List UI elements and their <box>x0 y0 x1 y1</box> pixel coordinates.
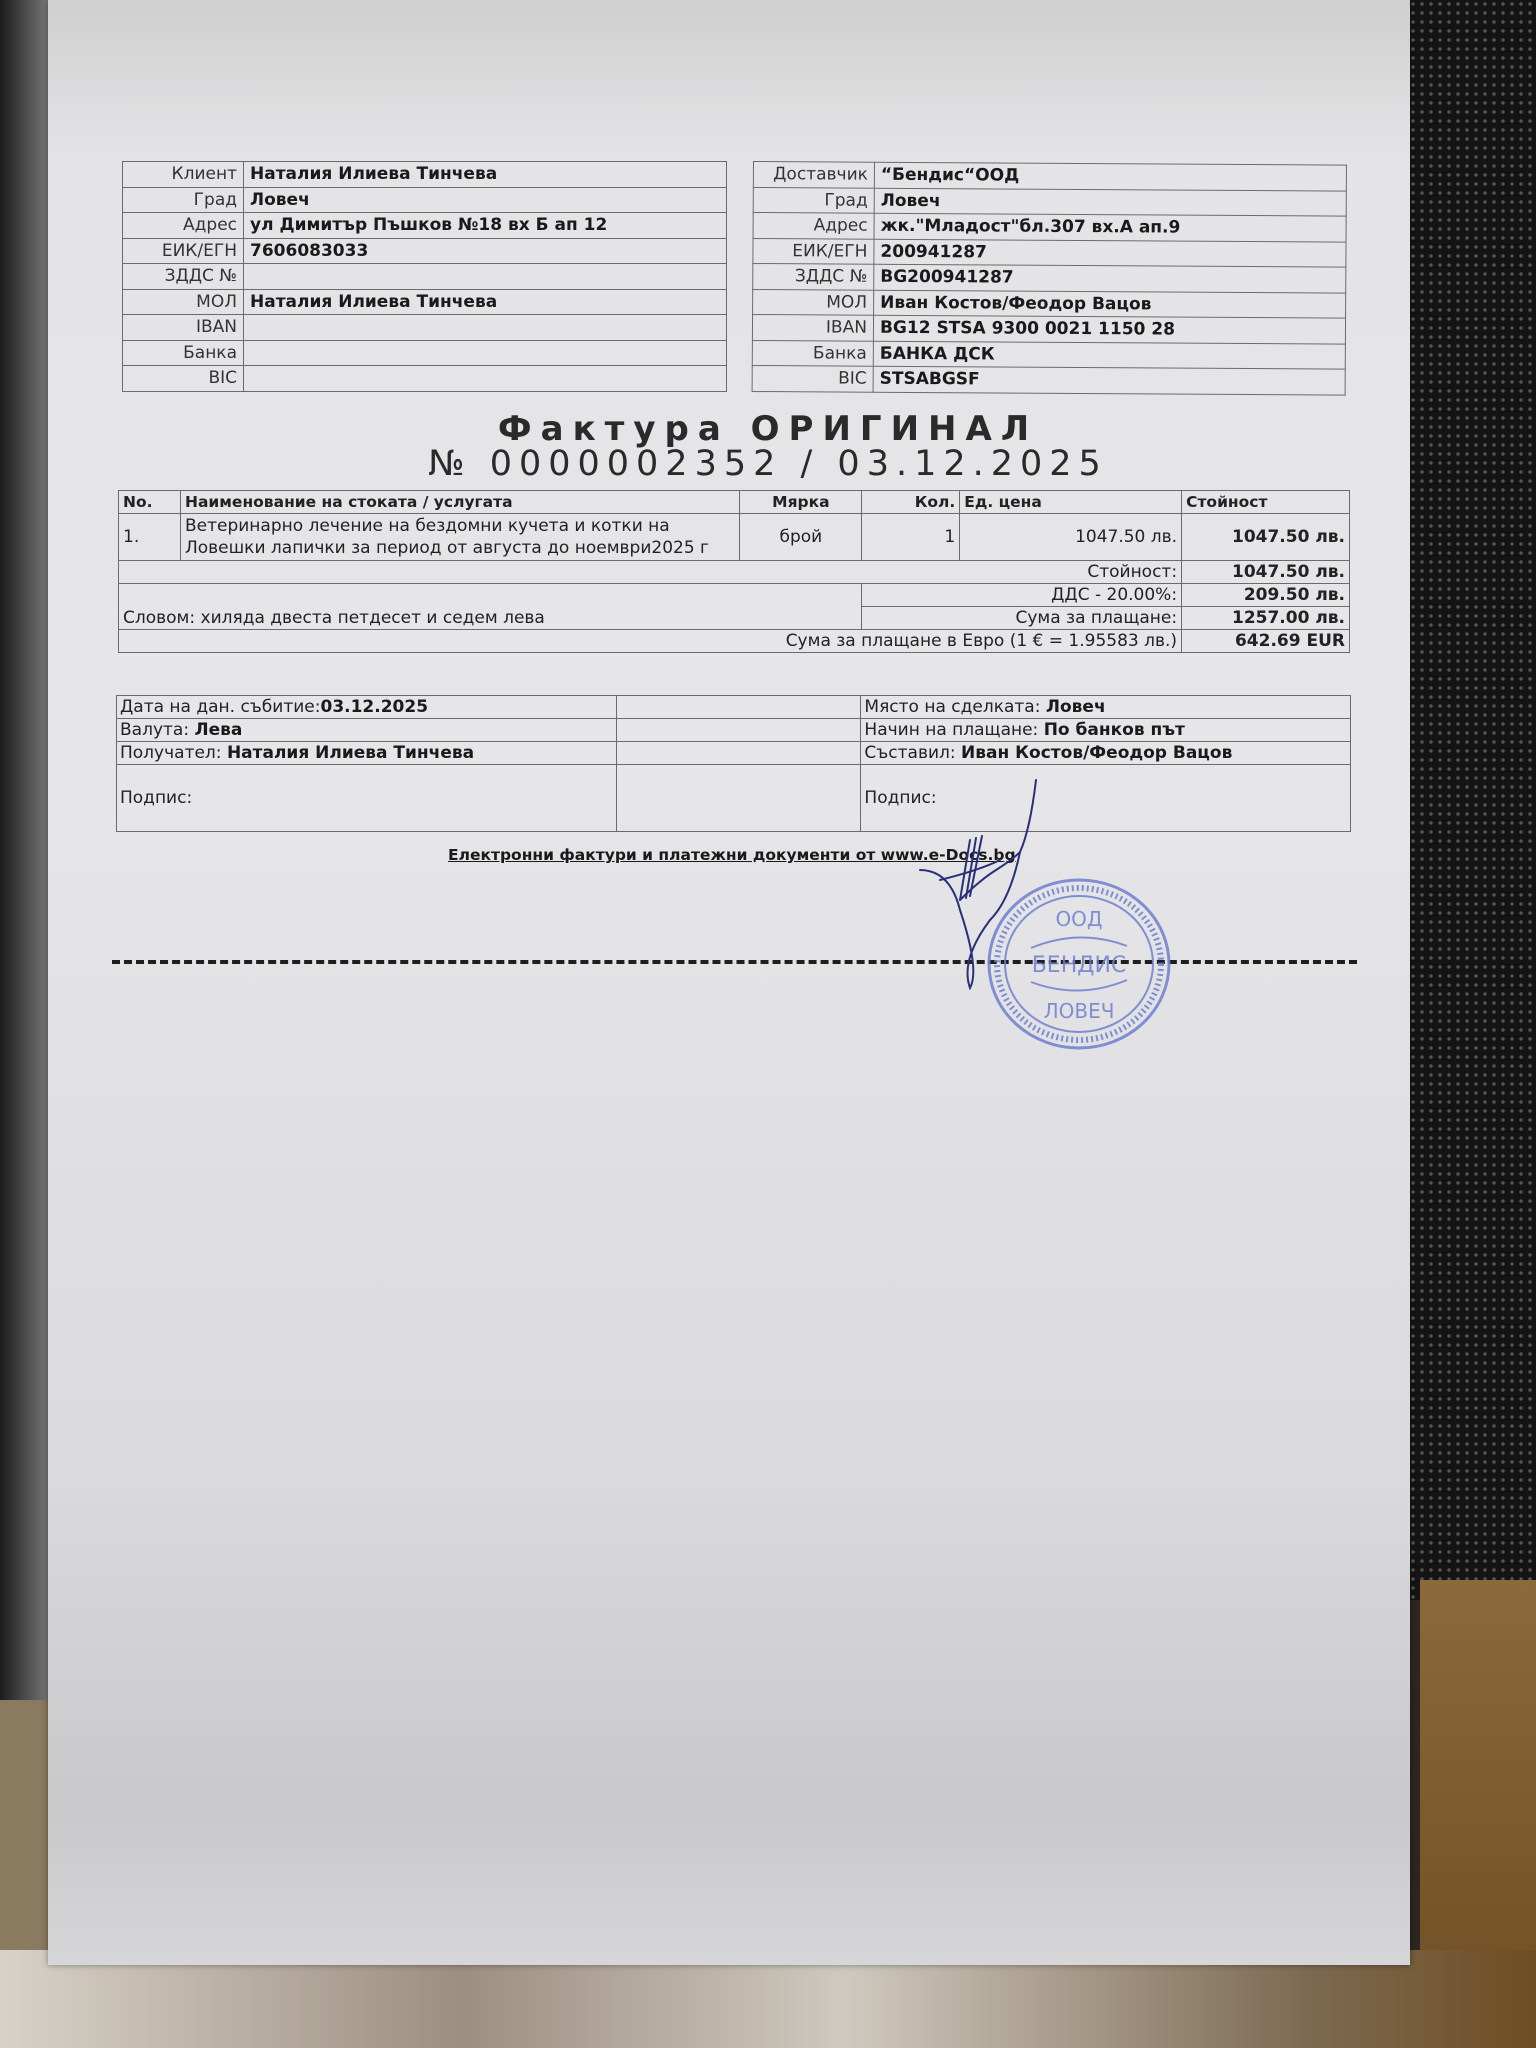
invoice-info-table: Дата на дан. събитие:03.12.2025 Място на… <box>116 695 1351 832</box>
info-row-1: Дата на дан. събитие:03.12.2025 Място на… <box>117 696 1351 719</box>
label: Град <box>753 187 874 213</box>
amount-in-words: Словом: хиляда двеста петдесет и седем л… <box>119 607 862 630</box>
label: IBAN <box>123 315 244 341</box>
value: Иван Костов/Феодор Вацов <box>874 290 1346 318</box>
label: МОЛ <box>123 289 244 315</box>
table-row: 1. Ветеринарно лечение на бездомни кучет… <box>119 514 1350 561</box>
payment-label: Начин на плащане: <box>864 720 1038 740</box>
value <box>244 315 727 341</box>
euro-row: Сума за плащане в Евро (1 € = 1.95583 лв… <box>119 630 1350 653</box>
supplier-row-bank: БанкаБАНКА ДСК <box>752 340 1345 369</box>
label: Доставчик <box>753 162 874 188</box>
supplier-row-name: Доставчик“Бендис“ООД <box>753 162 1346 191</box>
value: BG12 STSA 9300 0021 1150 28 <box>873 315 1345 343</box>
value: 200941287 <box>874 239 1346 267</box>
signature-recipient: Подпис: <box>117 765 617 832</box>
value: жк."Младост"бл.307 вх.А ап.9 <box>874 213 1346 241</box>
value: ул Димитър Пъшков №18 вх Б ап 12 <box>244 213 727 239</box>
tax-date-label: Дата на дан. събитие: <box>120 697 320 717</box>
client-rows: КлиентНаталия Илиева Тинчева ГрадЛовеч А… <box>123 162 727 392</box>
label: IBAN <box>752 315 873 341</box>
recipient-label: Получател: <box>120 743 222 763</box>
empty-cell <box>616 765 861 832</box>
label: МОЛ <box>753 289 874 315</box>
col-price: Ед. цена <box>960 491 1182 514</box>
value <box>244 366 727 392</box>
label: ЗДДС № <box>753 264 874 290</box>
label: Адрес <box>753 213 874 239</box>
col-no: No. <box>119 491 181 514</box>
recipient: Получател: Наталия Илиева Тинчева <box>117 742 617 765</box>
place-value: Ловеч <box>1046 697 1106 717</box>
items-table: No. Наименование на стоката / услугата М… <box>118 490 1350 653</box>
handwritten-signature-icon <box>900 760 1100 990</box>
value: Ловеч <box>874 188 1346 216</box>
client-row-bic: BIC <box>123 366 727 392</box>
value: “Бендис“ООД <box>874 162 1346 190</box>
subtotal-label: Стойност: <box>119 561 1182 584</box>
item-description-line1: Ветеринарно лечение на бездомни кучета и… <box>185 515 735 537</box>
background-fabric <box>1400 0 1536 1600</box>
payment-method: Начин на плащане: По банков път <box>861 719 1351 742</box>
stamp-bottom-text: ЛОВЕЧ <box>1044 999 1115 1023</box>
subtotal-value: 1047.50 лв. <box>1182 561 1350 584</box>
item-qty: 1 <box>862 514 960 561</box>
empty-cell <box>616 696 861 719</box>
label: Банка <box>123 340 244 366</box>
item-no: 1. <box>119 514 181 561</box>
invoice-title: Фактура ОРИГИНАЛ <box>0 409 1536 449</box>
recipient-value: Наталия Илиева Тинчева <box>227 743 474 763</box>
supplier-row-address: Адресжк."Младост"бл.307 вх.А ап.9 <box>753 213 1346 242</box>
euro-label: Сума за плащане в Евро (1 € = 1.95583 лв… <box>119 630 1182 653</box>
value: БАНКА ДСК <box>873 341 1345 369</box>
item-total: 1047.50 лв. <box>1182 514 1350 561</box>
currency: Валута: Лева <box>117 719 617 742</box>
client-row-name: КлиентНаталия Илиева Тинчева <box>123 162 727 188</box>
client-details-table: КлиентНаталия Илиева Тинчева ГрадЛовеч А… <box>122 161 727 392</box>
col-name: Наименование на стоката / услугата <box>180 491 739 514</box>
client-row-city: ГрадЛовеч <box>123 187 727 213</box>
info-rows: Дата на дан. събитие:03.12.2025 Място на… <box>117 696 1351 832</box>
label: Адрес <box>123 213 244 239</box>
col-unit: Мярка <box>740 491 862 514</box>
payable-row: Словом: хиляда двеста петдесет и седем л… <box>119 607 1350 630</box>
currency-value: Лева <box>194 720 242 740</box>
label: BIC <box>123 366 244 392</box>
tax-date: Дата на дан. събитие:03.12.2025 <box>117 696 617 719</box>
value <box>244 340 727 366</box>
payable-label: Сума за плащане: <box>862 607 1182 630</box>
item-price: 1047.50 лв. <box>960 514 1182 561</box>
client-row-address: Адресул Димитър Пъшков №18 вх Б ап 12 <box>123 213 727 239</box>
client-row-vat: ЗДДС № <box>123 264 727 290</box>
value: Ловеч <box>244 187 727 213</box>
value: 7606083033 <box>244 238 727 264</box>
items-header-row: No. Наименование на стоката / услугата М… <box>119 491 1350 514</box>
empty-cell <box>616 719 861 742</box>
items-body: 1. Ветеринарно лечение на бездомни кучет… <box>119 514 1350 653</box>
currency-label: Валута: <box>120 720 189 740</box>
empty-cell <box>119 584 862 607</box>
supplier-row-city: ГрадЛовеч <box>753 187 1346 216</box>
vat-row: ДДС - 20.00%: 209.50 лв. <box>119 584 1350 607</box>
supplier-row-bic: BICSTSABGSF <box>752 365 1345 394</box>
label: ЗДДС № <box>123 264 244 290</box>
value: STSABGSF <box>873 366 1345 394</box>
supplier-row-vat: ЗДДС №BG200941287 <box>753 264 1346 293</box>
supplier-row-iban: IBANBG12 STSA 9300 0021 1150 28 <box>752 315 1345 344</box>
client-row-mol: МОЛНаталия Илиева Тинчева <box>123 289 727 315</box>
items-header: No. Наименование на стоката / услугата М… <box>119 491 1350 514</box>
tax-date-value: 03.12.2025 <box>320 697 428 717</box>
label: Клиент <box>123 162 244 188</box>
empty-cell <box>616 742 861 765</box>
label: ЕИК/ЕГН <box>123 238 244 264</box>
value: Наталия Илиева Тинчева <box>244 289 727 315</box>
value <box>244 264 727 290</box>
place-label: Място на сделката: <box>864 697 1040 717</box>
vat-value: 209.50 лв. <box>1182 584 1350 607</box>
info-row-2: Валута: Лева Начин на плащане: По банков… <box>117 719 1351 742</box>
info-row-3: Получател: Наталия Илиева Тинчева Състав… <box>117 742 1351 765</box>
label: Банка <box>752 340 873 366</box>
value: Наталия Илиева Тинчева <box>244 162 727 188</box>
vat-label: ДДС - 20.00%: <box>862 584 1182 607</box>
euro-value: 642.69 EUR <box>1182 630 1350 653</box>
info-row-signatures: Подпис: Подпис: <box>117 765 1351 832</box>
payment-value: По банков път <box>1044 720 1185 740</box>
client-row-eik: ЕИК/ЕГН7606083033 <box>123 238 727 264</box>
item-description: Ветеринарно лечение на бездомни кучета и… <box>180 514 739 561</box>
supplier-details-table: Доставчик“Бендис“ООД ГрадЛовеч Адресжк."… <box>752 161 1347 395</box>
value: BG200941287 <box>874 264 1346 292</box>
label: Град <box>123 187 244 213</box>
label: ЕИК/ЕГН <box>753 238 874 264</box>
subtotal-row: Стойност: 1047.50 лв. <box>119 561 1350 584</box>
label: BIC <box>752 365 873 391</box>
supplier-row-mol: МОЛИван Костов/Феодор Вацов <box>753 289 1346 318</box>
col-qty: Кол. <box>862 491 960 514</box>
payable-value: 1257.00 лв. <box>1182 607 1350 630</box>
item-description-line2: Ловешки лапички за период от августа до … <box>185 537 735 559</box>
client-row-bank: Банка <box>123 340 727 366</box>
col-total: Стойност <box>1182 491 1350 514</box>
item-unit: брой <box>740 514 862 561</box>
supplier-row-eik: ЕИК/ЕГН200941287 <box>753 238 1346 267</box>
place: Място на сделката: Ловеч <box>861 696 1351 719</box>
invoice-number-date: № 0000002352 / 03.12.2025 <box>0 444 1536 484</box>
supplier-rows: Доставчик“Бендис“ООД ГрадЛовеч Адресжк."… <box>752 162 1346 395</box>
client-row-iban: IBAN <box>123 315 727 341</box>
